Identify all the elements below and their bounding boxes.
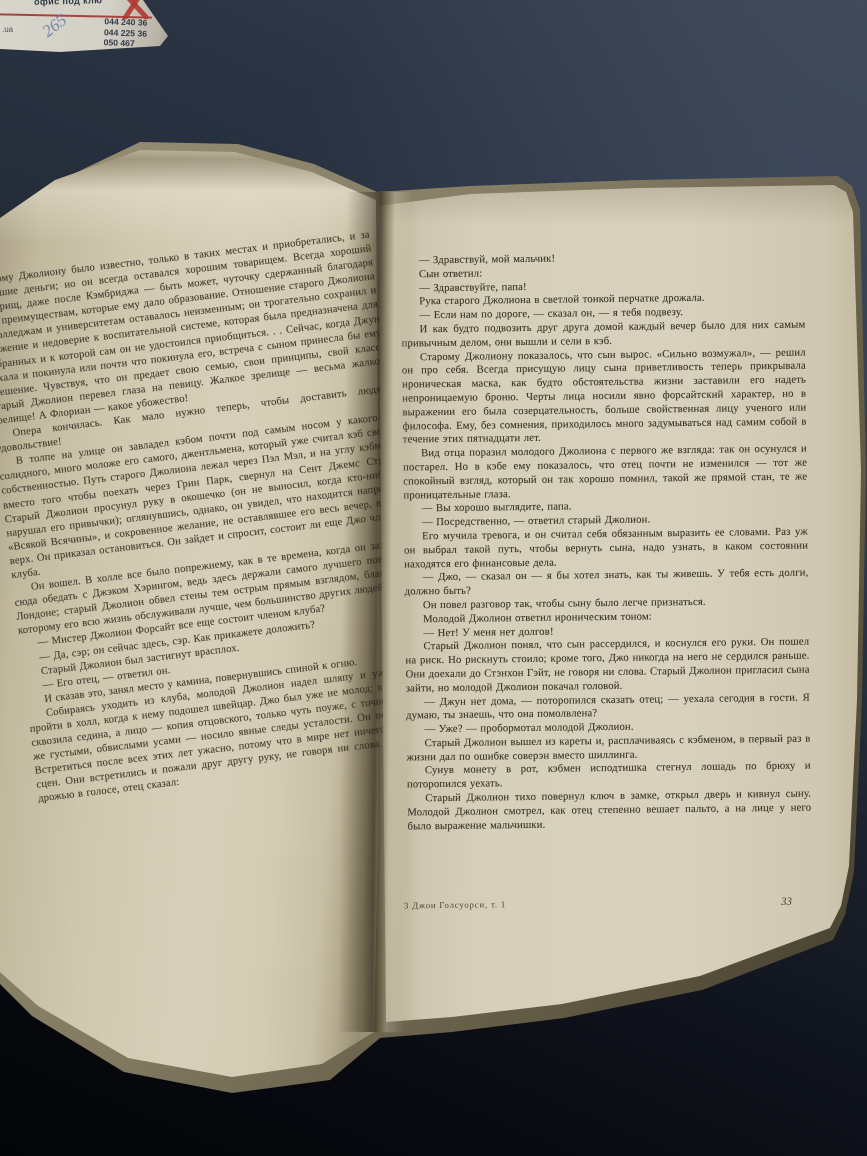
paragraph: Старому Джолиону показалось, что сын выр… bbox=[402, 346, 807, 448]
page-number-right: 33 bbox=[781, 896, 808, 908]
left-page-text: старому Джолиону было известно, только в… bbox=[0, 228, 432, 807]
paragraph: Вид отца поразил молодого Джолиона с пер… bbox=[403, 443, 808, 503]
paragraph: Старый Джолион понял, что сын рассердилс… bbox=[405, 636, 810, 696]
phone-number-list: 044 240 36044 225 36050 467 bbox=[103, 16, 147, 49]
paragraph: Его мучила тревога, и он считал себя обя… bbox=[404, 525, 808, 571]
right-page-text: — Здравствуй, мой мальчик!Сын ответил:— … bbox=[400, 250, 811, 834]
red-x-mark bbox=[118, 0, 150, 19]
signature-note: 3 Джон Голсуорси, т. 1 bbox=[404, 899, 506, 910]
box-domain-fragment: .ua bbox=[2, 25, 13, 34]
box-label-text: офис под клю bbox=[34, 0, 103, 7]
paragraph: Старый Джолион тихо повернул ключ в замк… bbox=[407, 788, 811, 834]
